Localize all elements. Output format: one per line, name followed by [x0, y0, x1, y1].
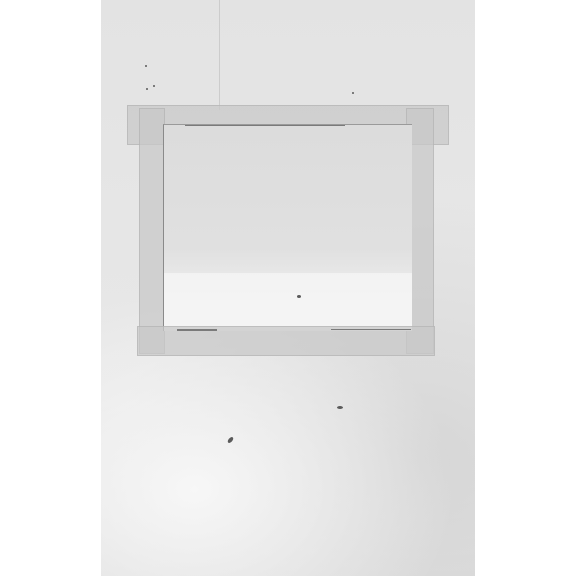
speck: [145, 65, 147, 67]
photograph: [101, 0, 475, 576]
tape-strip-left: [139, 108, 165, 354]
wall-seam: [219, 0, 220, 110]
paper-bottom-edge: [177, 329, 217, 331]
speck: [146, 88, 148, 90]
speck: [153, 85, 155, 87]
speck: [227, 436, 235, 444]
paper-top-edge: [185, 125, 345, 126]
paper-bottom-edge-right: [331, 329, 411, 330]
speck: [297, 295, 301, 298]
paper-lower-fold: [164, 273, 412, 331]
taped-paper-sheet: [163, 124, 412, 331]
speck: [337, 406, 343, 409]
speck: [352, 92, 354, 94]
